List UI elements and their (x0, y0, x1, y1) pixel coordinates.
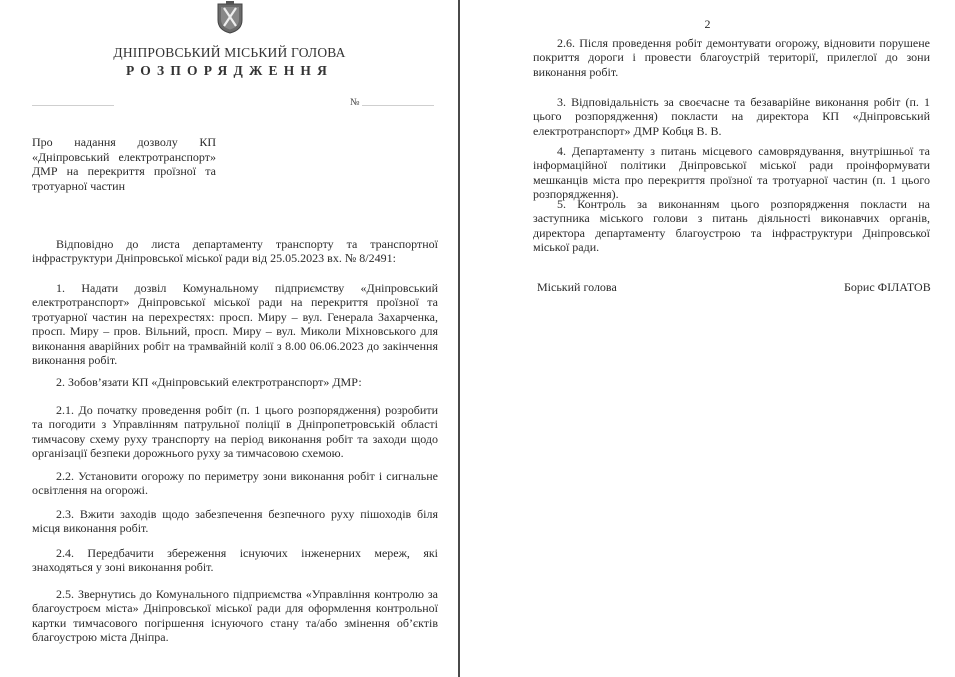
paragraph-2-6: 2.6. Після проведення робіт демонтувати … (533, 36, 930, 79)
signatory-position: Міський голова (537, 280, 617, 295)
coat-of-arms-icon (215, 0, 245, 34)
paragraph-1: 1. Надати дозвіл Комунальному підприємст… (32, 281, 438, 367)
preamble-paragraph: Відповідно до листа департаменту транспо… (32, 237, 438, 266)
paragraph-2-3: 2.3. Вжити заходів щодо забезпечення без… (32, 507, 438, 536)
paragraph-3: 3. Відповідальність за своєчасне та беза… (533, 95, 930, 138)
paragraph-2-4: 2.4. Передбачити збереження існуючих інж… (32, 546, 438, 575)
paragraph-2-2: 2.2. Установити огорожу по периметру зон… (32, 469, 438, 498)
signatory-name: Борис ФІЛАТОВ (844, 280, 931, 295)
issuer-title: ДНІПРОВСЬКИЙ МІСЬКИЙ ГОЛОВА (0, 45, 459, 61)
date-blank-line (32, 105, 114, 106)
paragraph-4: 4. Департаменту з питань місцевого самов… (533, 144, 930, 202)
document-page-1: ДНІПРОВСЬКИЙ МІСЬКИЙ ГОЛОВА РОЗПОРЯДЖЕНН… (0, 0, 459, 677)
number-label: № (350, 97, 360, 108)
number-blank-line (362, 105, 434, 106)
page-number: 2 (460, 17, 955, 32)
paragraph-2-1: 2.1. До початку проведення робіт (п. 1 ц… (32, 403, 438, 461)
paragraph-2: 2. Зобов’язати КП «Дніпровський електрот… (32, 375, 438, 389)
paragraph-5: 5. Контроль за виконанням цього розпоряд… (533, 197, 930, 255)
document-type-title: РОЗПОРЯДЖЕННЯ (0, 63, 459, 79)
document-subject: Про надання дозволу КП «Дніпровський еле… (32, 135, 216, 193)
paragraph-2-5: 2.5. Звернутись до Комунального підприєм… (32, 587, 438, 645)
document-page-2: 2 2.6. Після проведення робіт демонтуват… (460, 0, 955, 677)
